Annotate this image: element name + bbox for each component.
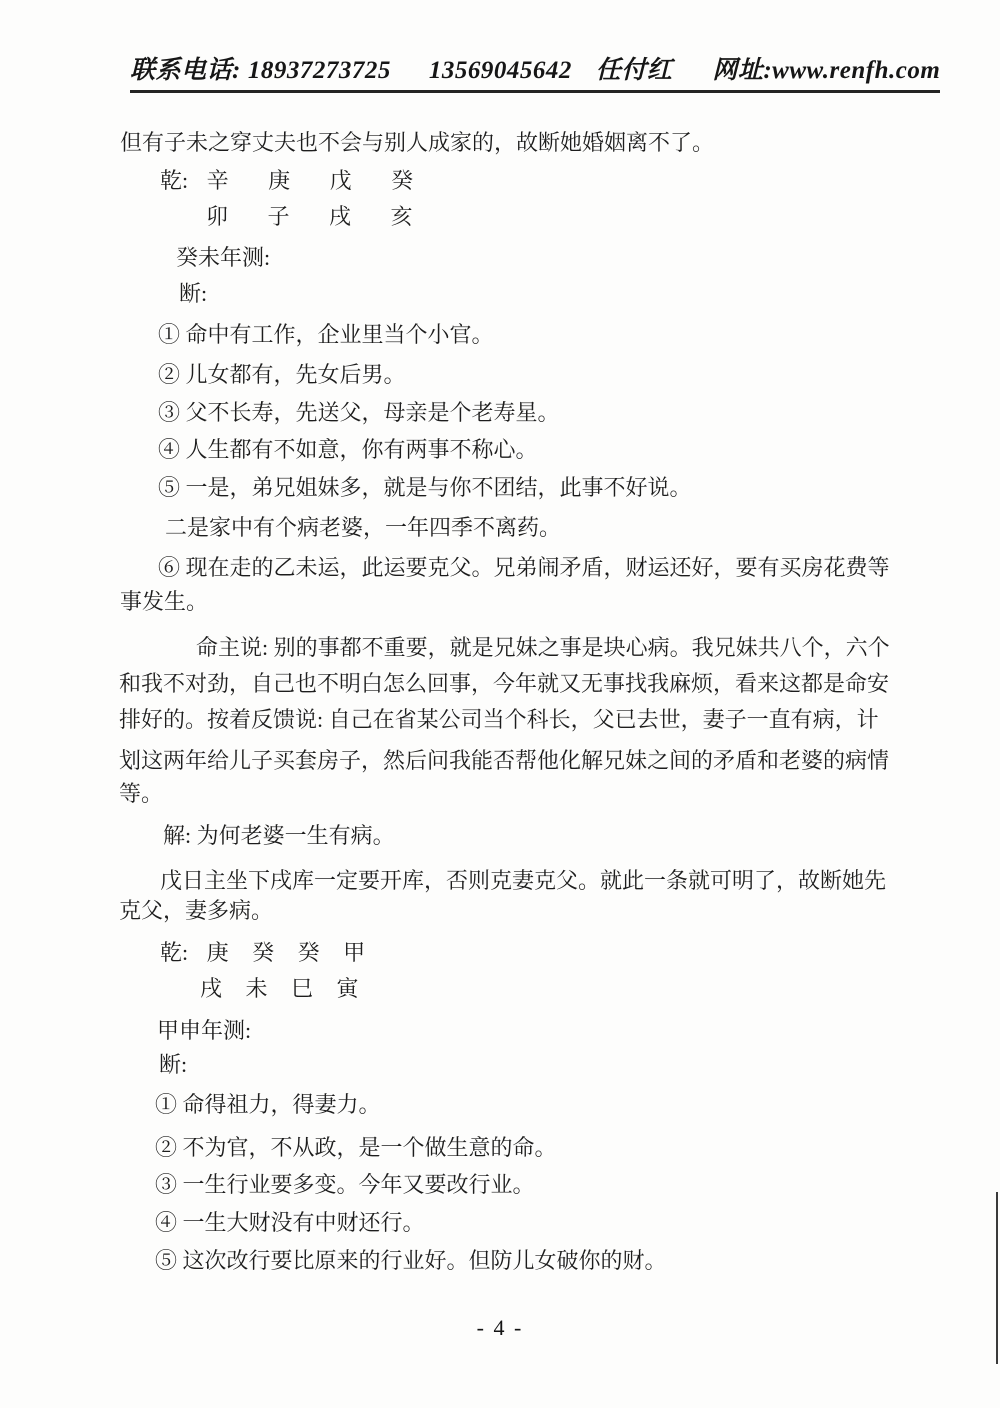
earthly-branch: 卯 — [206, 204, 228, 230]
phone-label: 联系电话: — [130, 50, 241, 86]
earthly-branch: 寅 — [337, 976, 359, 1002]
text-line: 和我不对劲，自己也不明白怎么回事，今年就又无事找我麻烦，看来这都是命安 — [119, 671, 889, 697]
text-line: 等。 — [119, 781, 163, 807]
text-line: 断: — [179, 281, 207, 307]
heavenly-stem: 辛 — [207, 168, 229, 194]
text-line: 克父，妻多病。 — [119, 898, 273, 924]
page-header: 联系电话: 18937273725 13569045642 任付红 网址: ww… — [130, 50, 940, 93]
document-page: 联系电话: 18937273725 13569045642 任付红 网址: ww… — [0, 0, 1000, 1408]
bazi-chart-2-branches-row: 戌 未 巳 寅 — [200, 976, 377, 1002]
earthly-branch: 戌 — [200, 976, 222, 1002]
numbered-item: ① 命中有工作，企业里当个小官。 — [158, 322, 494, 348]
numbered-item: ① 命得祖力，得妻力。 — [155, 1092, 381, 1118]
text-line: 癸未年测: — [176, 245, 270, 271]
numbered-item: ③ 一生行业要多变。今年又要改行业。 — [155, 1172, 535, 1198]
text-line: 断: — [159, 1052, 187, 1078]
text-line: 划这两年给儿子买套房子，然后问我能否帮他化解兄妹之间的矛盾和老婆的病情 — [119, 748, 889, 774]
heavenly-stem: 癸 — [298, 940, 320, 966]
chart-gua-label: 乾: — [160, 940, 188, 966]
text-line: 二是家中有个病老婆，一年四季不离药。 — [165, 515, 561, 541]
text-line: 命主说: 别的事都不重要，就是兄妹之事是块心病。我兄妹共八个，六个 — [196, 635, 890, 661]
website-label: 网址: — [712, 50, 772, 86]
text-line: 排好的。按着反馈说: 自己在省某公司当个科长，父已去世，妻子一直有病，计 — [119, 707, 879, 733]
numbered-item: ⑤ 一是，弟兄姐妹多，就是与你不团结，此事不好说。 — [158, 475, 692, 501]
phone-number-2: 13569045642 — [429, 57, 572, 85]
text-line: 但有子未之穿丈夫也不会与别人成家的，故断她婚姻离不了。 — [120, 130, 714, 156]
heavenly-stem: 庚 — [207, 940, 229, 966]
heavenly-stem: 戊 — [330, 168, 352, 194]
phone-number-1: 18937273725 — [248, 57, 391, 85]
bazi-chart-1-stems-row: 乾: 辛 庚 戊 癸 — [160, 168, 447, 194]
numbered-item: ② 不为官，不从政，是一个做生意的命。 — [155, 1135, 557, 1161]
heavenly-stem: 癸 — [391, 168, 413, 194]
heavenly-stem: 庚 — [268, 168, 290, 194]
page-number: - 4 - — [0, 1315, 1000, 1341]
chart-gua-label: 乾: — [160, 168, 188, 194]
numbered-item: ④ 人生都有不如意，你有两事不称心。 — [158, 437, 538, 463]
heavenly-stem: 癸 — [252, 940, 274, 966]
earthly-branch: 未 — [246, 976, 268, 1002]
text-line: 戊日主坐下戌库一定要开库，否则克妻克父。就此一条就可明了，故断她先 — [160, 868, 886, 894]
author-name: 任付红 — [596, 50, 673, 86]
website-url: www.renfh.com — [772, 57, 940, 85]
numbered-item: ⑤ 这次改行要比原来的行业好。但防儿女破你的财。 — [155, 1248, 667, 1274]
bazi-chart-2-stems-row: 乾: 庚 癸 癸 甲 — [160, 940, 383, 966]
bazi-chart-1-branches-row: 卯 子 戌 亥 — [206, 204, 447, 230]
numbered-item: ③ 父不长寿，先送父，母亲是个老寿星。 — [158, 400, 560, 426]
numbered-item: ⑥ 现在走的乙未运，此运要克父。兄弟闹矛盾，财运还好，要有买房花费等 — [158, 555, 890, 581]
numbered-item: ④ 一生大财没有中财还行。 — [155, 1210, 425, 1236]
text-line: 甲申年测: — [157, 1018, 251, 1044]
earthly-branch: 子 — [268, 204, 290, 230]
scan-edge-artifact — [996, 1192, 998, 1364]
earthly-branch: 巳 — [291, 976, 313, 1002]
earthly-branch: 戌 — [329, 204, 351, 230]
text-line: 解: 为何老婆一生有病。 — [163, 823, 395, 849]
text-line: 事发生。 — [120, 589, 208, 615]
earthly-branch: 亥 — [391, 204, 413, 230]
heavenly-stem: 甲 — [343, 940, 365, 966]
numbered-item: ② 儿女都有，先女后男。 — [158, 362, 406, 388]
